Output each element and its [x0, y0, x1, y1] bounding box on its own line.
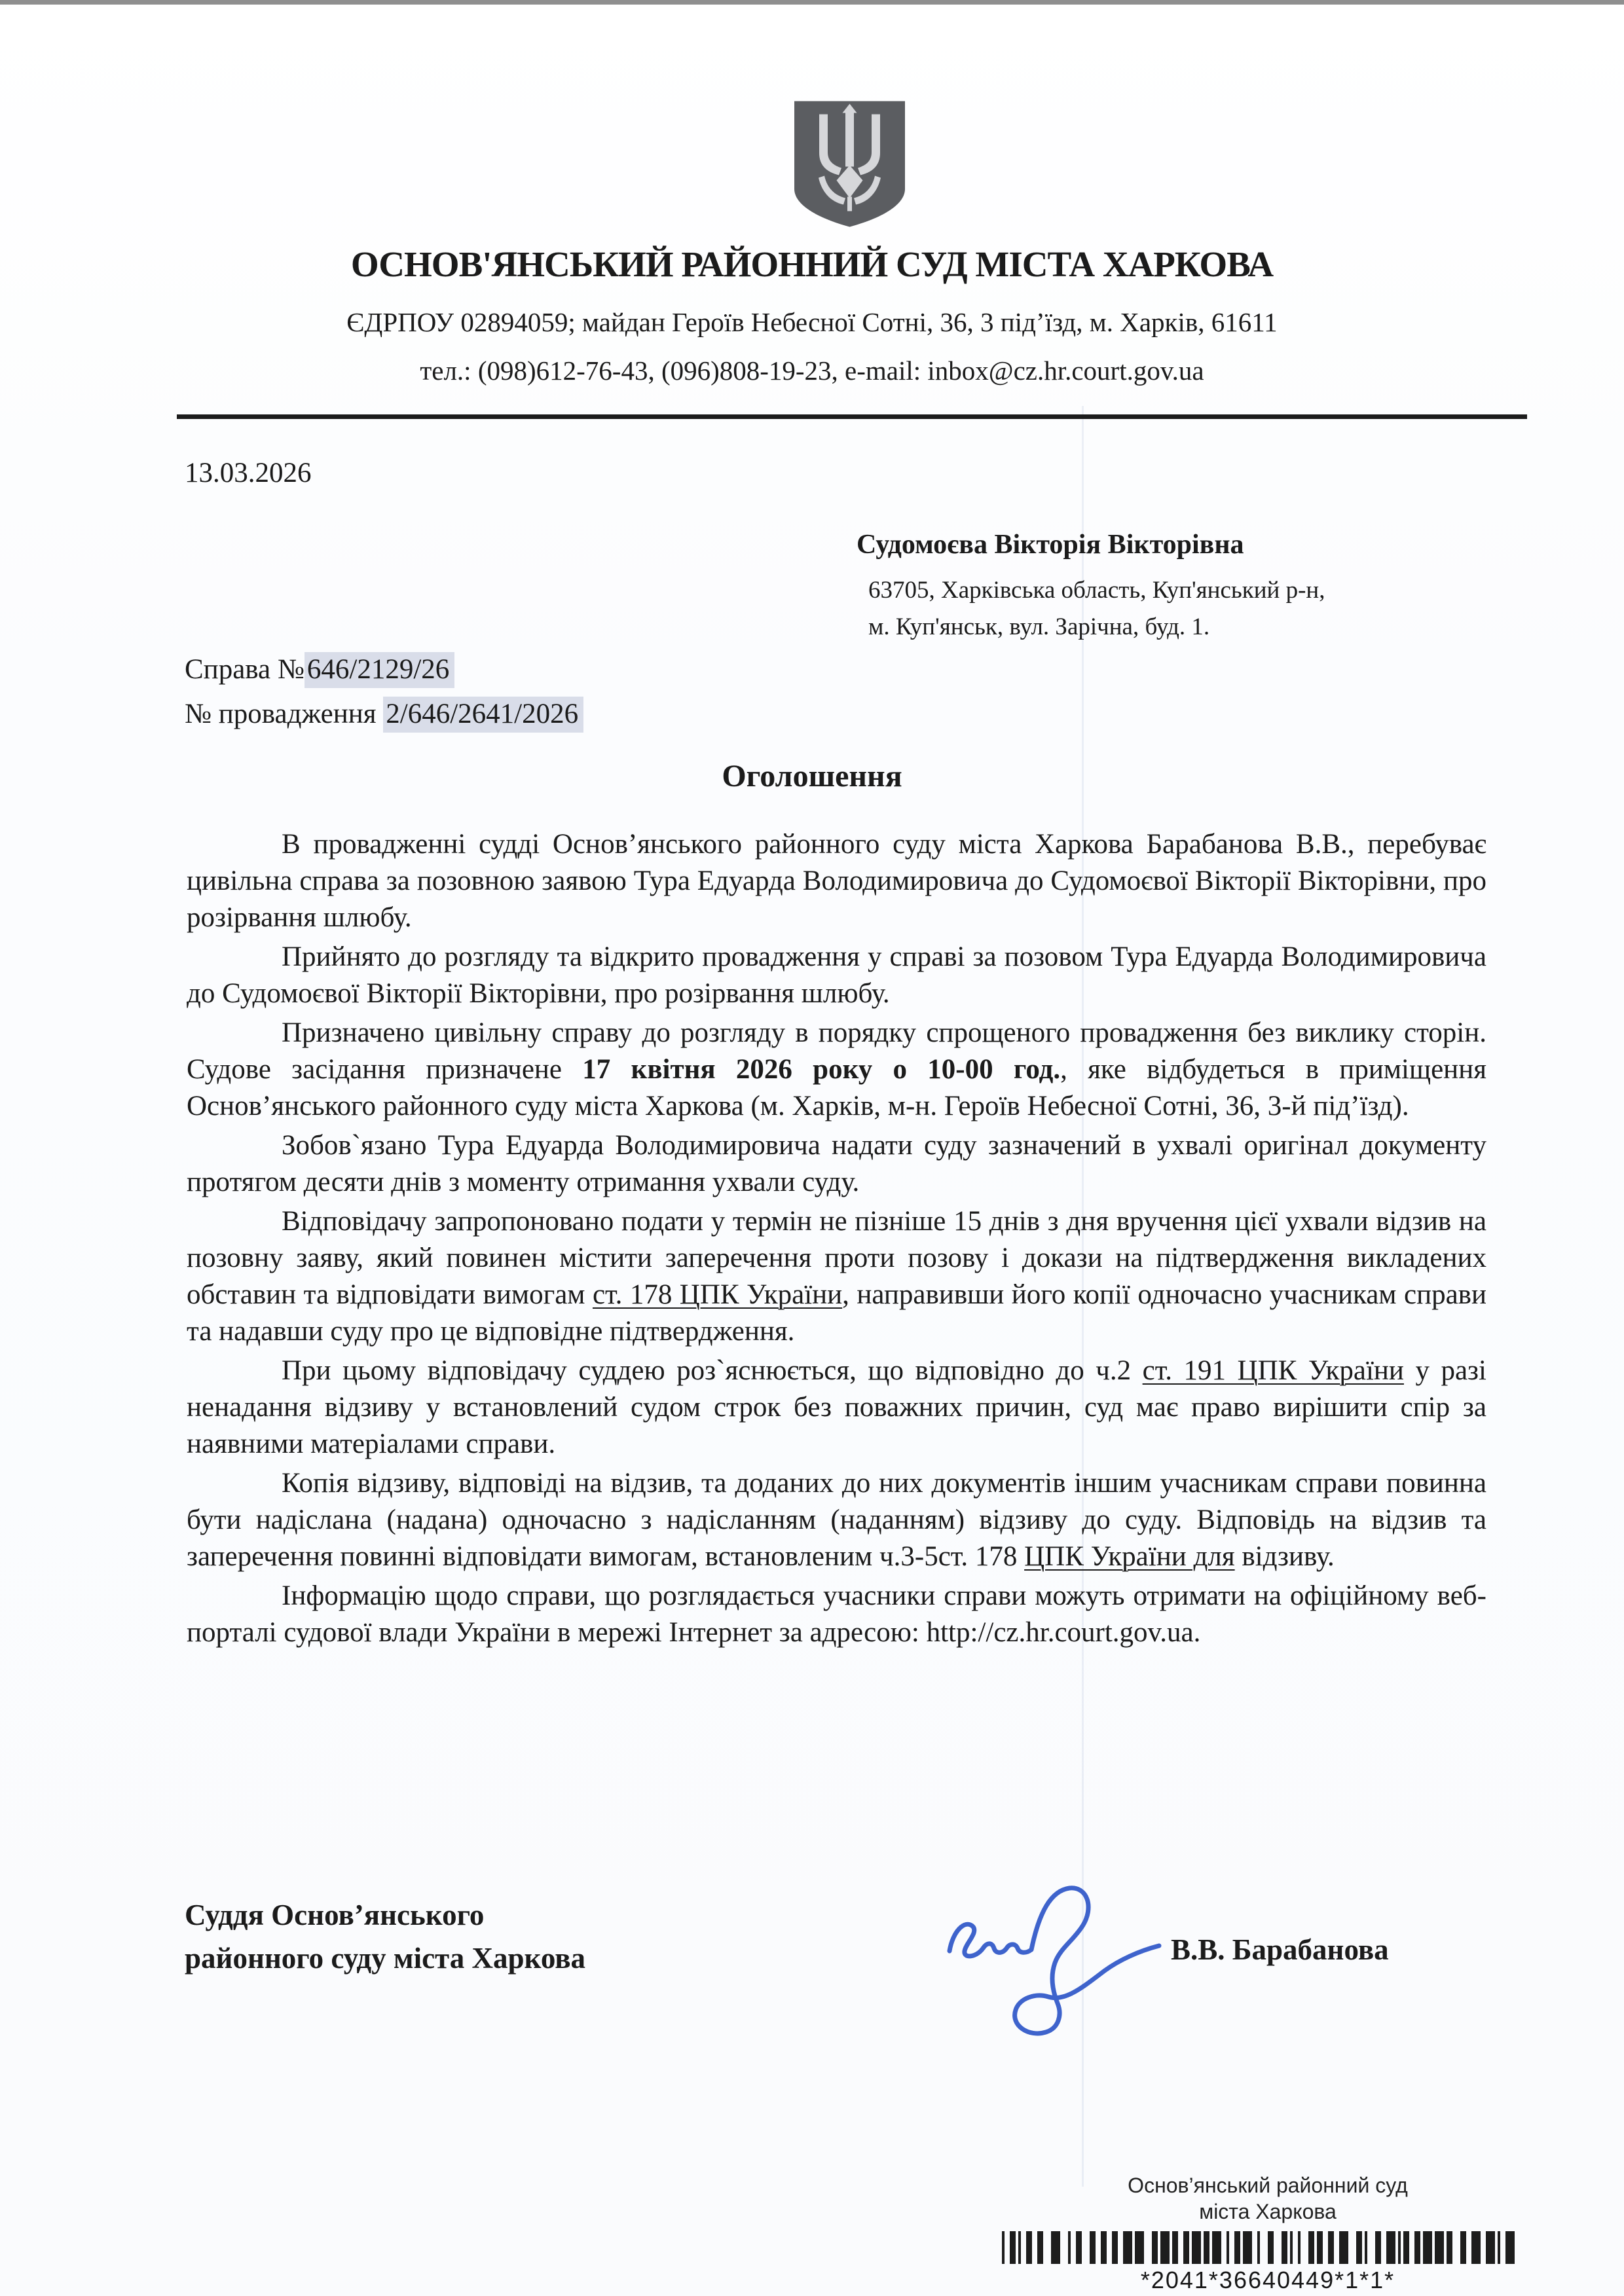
ukraine-coat-of-arms-icon	[789, 97, 910, 231]
court-address: ЄДРПОУ 02894059; майдан Героїв Небесної …	[0, 306, 1624, 338]
case-number-line: Справа №646/2129/26	[185, 653, 454, 685]
court-contacts: тел.: (098)612-76-43, (096)808-19-23, e-…	[0, 355, 1624, 386]
paragraph: Призначено цивільну справу до розгляду в…	[187, 1015, 1486, 1125]
case-number-label: Справа №	[185, 654, 304, 685]
recipient-name: Судомоєва Вікторія Вікторівна	[857, 529, 1498, 560]
scan-edge-artifact	[0, 0, 1624, 5]
document-date: 13.03.2026	[185, 457, 312, 489]
judge-title: Суддя Основ’янського районного суду міст…	[185, 1893, 585, 1980]
judge-title-line: районного суду міста Харкова	[185, 1937, 585, 1980]
proceeding-number-label: № провадження	[185, 699, 383, 729]
barcode-number: *2041*36640449*1*1*	[1002, 2267, 1534, 2294]
judge-name: В.В. Барабанова	[1171, 1933, 1389, 1967]
registration-stamp-block: Основ’янський районний суд міста Харкова…	[1002, 2172, 1534, 2294]
scanned-court-document: ОСНОВ'ЯНСЬКИЙ РАЙОННИЙ СУД МІСТА ХАРКОВА…	[0, 0, 1624, 2296]
paragraph: В провадженні судді Основ’янського район…	[187, 826, 1486, 936]
judge-title-line: Суддя Основ’янського	[185, 1893, 585, 1937]
recipient-address-line: 63705, Харківська область, Куп'янський р…	[868, 572, 1498, 609]
body-paragraphs: В провадженні судді Основ’янського район…	[187, 826, 1486, 1654]
recipient-address-line: м. Куп'янськ, вул. Зарічна, буд. 1.	[868, 609, 1498, 646]
paragraph: Копія відзиву, відповіді на відзив, та д…	[187, 1465, 1486, 1575]
barcode	[1002, 2231, 1534, 2264]
paragraph: Відповідачу запропоновано подати у термі…	[187, 1203, 1486, 1350]
handwritten-signature	[913, 1866, 1189, 2069]
document-title: Оголошення	[0, 758, 1624, 794]
proceeding-number-highlighted: 2/646/2641/2026	[383, 697, 583, 733]
case-number-highlighted: 646/2129/26	[304, 652, 454, 688]
paragraph: Інформацію щодо справи, що розглядається…	[187, 1578, 1486, 1651]
court-name-heading: ОСНОВ'ЯНСЬКИЙ РАЙОННИЙ СУД МІСТА ХАРКОВА	[0, 244, 1624, 285]
stamp-court-line: Основ’янський районний суд	[1002, 2172, 1534, 2198]
paragraph: При цьому відповідачу суддею роз`яснюєть…	[187, 1353, 1486, 1463]
header-divider	[177, 414, 1527, 419]
proceeding-number-line: № провадження 2/646/2641/2026	[185, 698, 583, 730]
paragraph: Прийнято до розгляду та відкрито провадж…	[187, 939, 1486, 1012]
paragraph: Зобов`язано Тура Едуарда Володимировича …	[187, 1127, 1486, 1201]
stamp-court-line: міста Харкова	[1002, 2198, 1534, 2225]
recipient-block: Судомоєва Вікторія Вікторівна 63705, Хар…	[857, 529, 1498, 646]
